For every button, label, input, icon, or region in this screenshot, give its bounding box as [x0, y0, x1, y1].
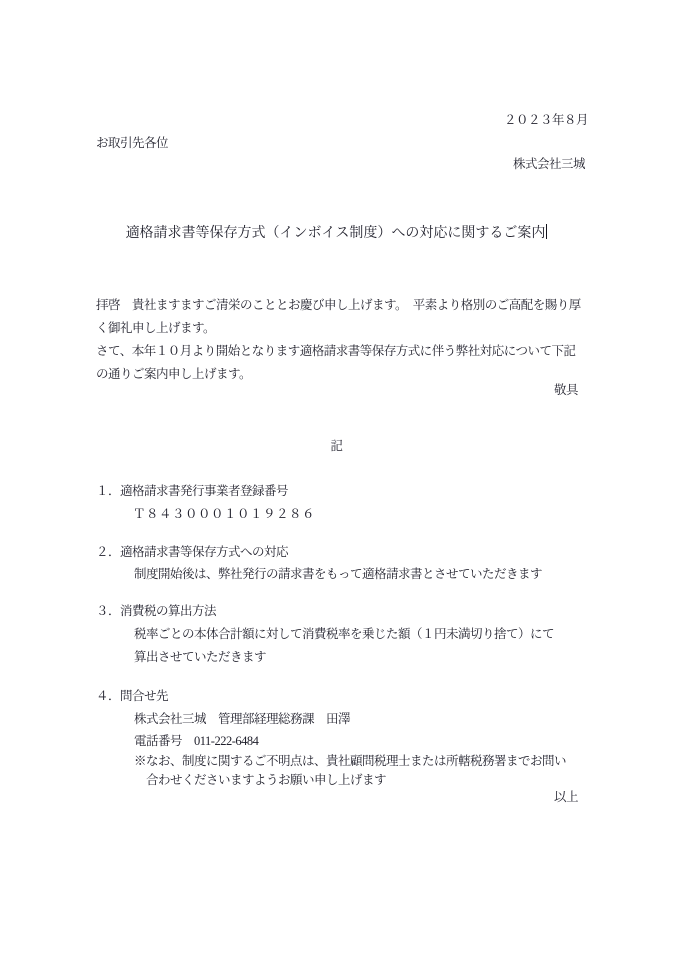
section-2-heading: ２．適格請求書等保存方式への対応	[96, 544, 288, 560]
contact-phone-line: 電話番号 011-222-6484	[134, 733, 258, 749]
registration-number: Ｔ８４３０００１０１９２８６	[133, 506, 315, 522]
section-2-body-line: 制度開始後は、弊社発行の請求書をもって適格請求書とさせていただきます	[134, 566, 542, 582]
end-marker: 以上	[554, 789, 578, 805]
text-cursor-caret	[546, 224, 547, 239]
closing-word: 敬具	[554, 382, 578, 398]
salutation-line: さて、本年１０月より開始となります適格請求書等保存方式に伴う弊社対応について下記	[96, 343, 576, 359]
document-title: 適格請求書等保存方式（インボイス制度）への対応に関するご案内	[0, 224, 673, 242]
document-title-text: 適格請求書等保存方式（インボイス制度）への対応に関するご案内	[126, 226, 546, 241]
section-3-heading: ３．消費税の算出方法	[96, 603, 216, 619]
letter-date: ２０２３年８月	[504, 112, 588, 128]
contact-note-line: ※なお、制度に関するご不明点は、貴社顧問税理士または所轄税務署までお問い	[134, 753, 566, 769]
salutation-line: の通りご案内申し上げます。	[96, 366, 251, 382]
contact-note-line: 合わせくださいますようお願い申し上げます	[146, 772, 386, 788]
section-3-body-line: 税率ごとの本体合計額に対して消費税率を乗じた額（１円未満切り捨て）にて	[134, 626, 554, 642]
salutation-line: 拝啓 貴社ますますご清栄のこととお慶び申し上げます。 平素より格別のご高配を賜り…	[96, 297, 581, 313]
document-page[interactable]: ２０２３年８月 お取引先各位 株式会社三城 適格請求書等保存方式（インボイス制度…	[0, 0, 673, 953]
section-1-heading: １．適格請求書発行事業者登録番号	[96, 483, 288, 499]
record-marker: 記	[0, 438, 673, 454]
section-4-heading: ４．問合せ先	[96, 688, 168, 704]
contact-department-line: 株式会社三城 管理部経理総務課 田澤	[134, 711, 350, 727]
section-3-body-line: 算出させていただきます	[134, 649, 266, 665]
sender-company-name: 株式会社三城	[513, 156, 585, 172]
recipient-salutation: お取引先各位	[96, 135, 168, 151]
salutation-line: く御礼申し上げます。	[96, 320, 215, 336]
